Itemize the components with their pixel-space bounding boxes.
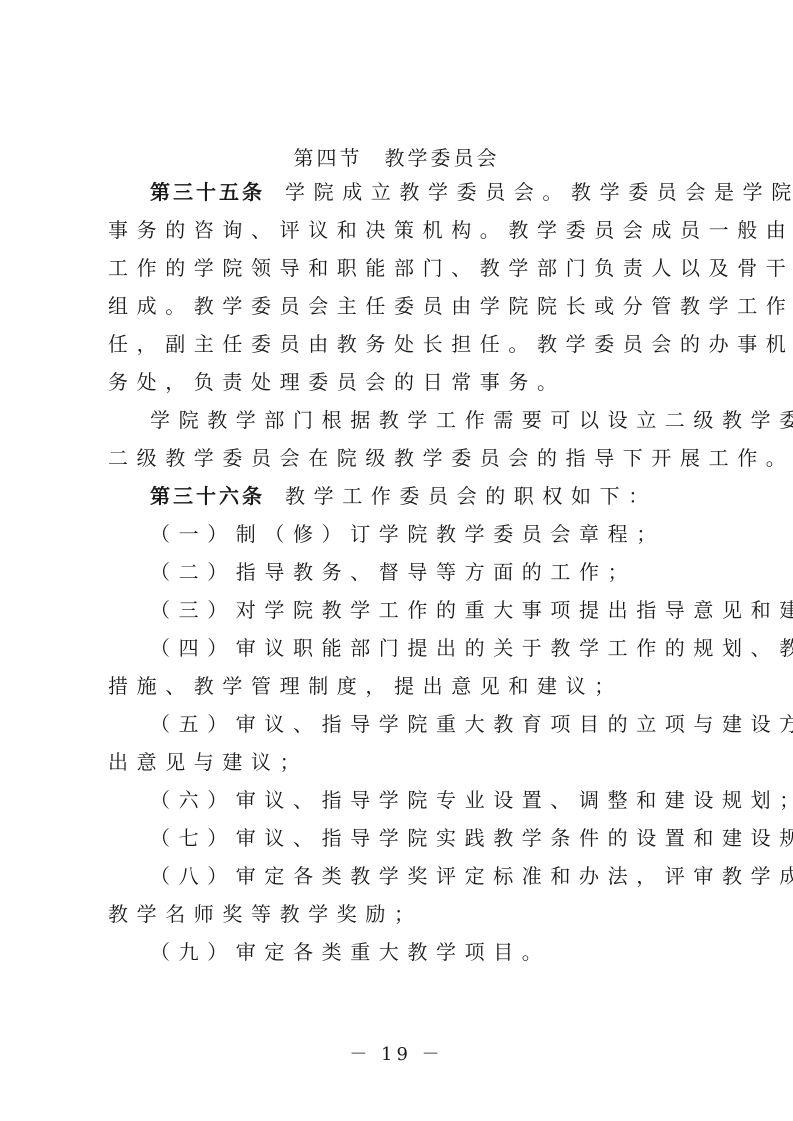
article-35-line-2: 事务的咨询、评议和决策机构。教学委员会成员一般由负责教学 <box>108 216 698 244</box>
list-item-5-line-2: 出意见与建议； <box>108 748 698 776</box>
page-number: － 19 － <box>0 1040 793 1066</box>
article-label: 第三十五条 <box>150 180 265 204</box>
article-label: 第三十六条 <box>150 484 265 508</box>
section-number: 第四节 <box>294 146 363 170</box>
article-35-line-6: 务处，负责处理委员会的日常事务。 <box>108 368 698 396</box>
article-35-para2-line-1: 学院教学部门根据教学工作需要可以设立二级教学委员会， <box>150 406 740 434</box>
list-item-7: （七）审议、指导学院实践教学条件的设置和建设规划； <box>150 824 740 852</box>
article-35-line-4: 组成。教学委员会主任委员由学院院长或分管教学工作副院长担 <box>108 292 698 320</box>
document-page: 第四节教学委员会 第三十五条学院成立教学委员会。教学委员会是学院教学 事务的咨询… <box>0 0 793 1121</box>
article-36-intro: 第三十六条教学工作委员会的职权如下： <box>150 482 740 510</box>
article-35-line-1: 第三十五条学院成立教学委员会。教学委员会是学院教学 <box>150 178 740 206</box>
article-35-line-5: 任，副主任委员由教务处长担任。教学委员会的办事机构设在教 <box>108 330 698 358</box>
list-item-3: （三）对学院教学工作的重大事项提出指导意见和建议； <box>150 596 740 624</box>
article-35-para2-line-2: 二级教学委员会在院级教学委员会的指导下开展工作。 <box>108 444 698 472</box>
list-item-9: （九）审定各类重大教学项目。 <box>150 938 740 966</box>
list-item-5-line-1: （五）审议、指导学院重大教育项目的立项与建设方案，提 <box>150 710 740 738</box>
list-item-8-line-1: （八）审定各类教学奖评定标准和办法，评审教学成果奖、 <box>150 862 740 890</box>
section-title: 教学委员会 <box>385 146 500 170</box>
article-35-line-3: 工作的学院领导和职能部门、教学部门负责人以及骨干教师代表 <box>108 254 698 282</box>
list-item-8-line-2: 教学名师奖等教学奖励； <box>108 900 698 928</box>
list-item-4-line-2: 措施、教学管理制度，提出意见和建议； <box>108 672 698 700</box>
list-item-1: （一）制（修）订学院教学委员会章程； <box>150 520 740 548</box>
section-heading: 第四节教学委员会 <box>0 142 793 171</box>
list-item-2: （二）指导教务、督导等方面的工作； <box>150 558 740 586</box>
list-item-6: （六）审议、指导学院专业设置、调整和建设规划； <box>150 786 740 814</box>
list-item-4-line-1: （四）审议职能部门提出的关于教学工作的规划、教学改革 <box>150 634 740 662</box>
